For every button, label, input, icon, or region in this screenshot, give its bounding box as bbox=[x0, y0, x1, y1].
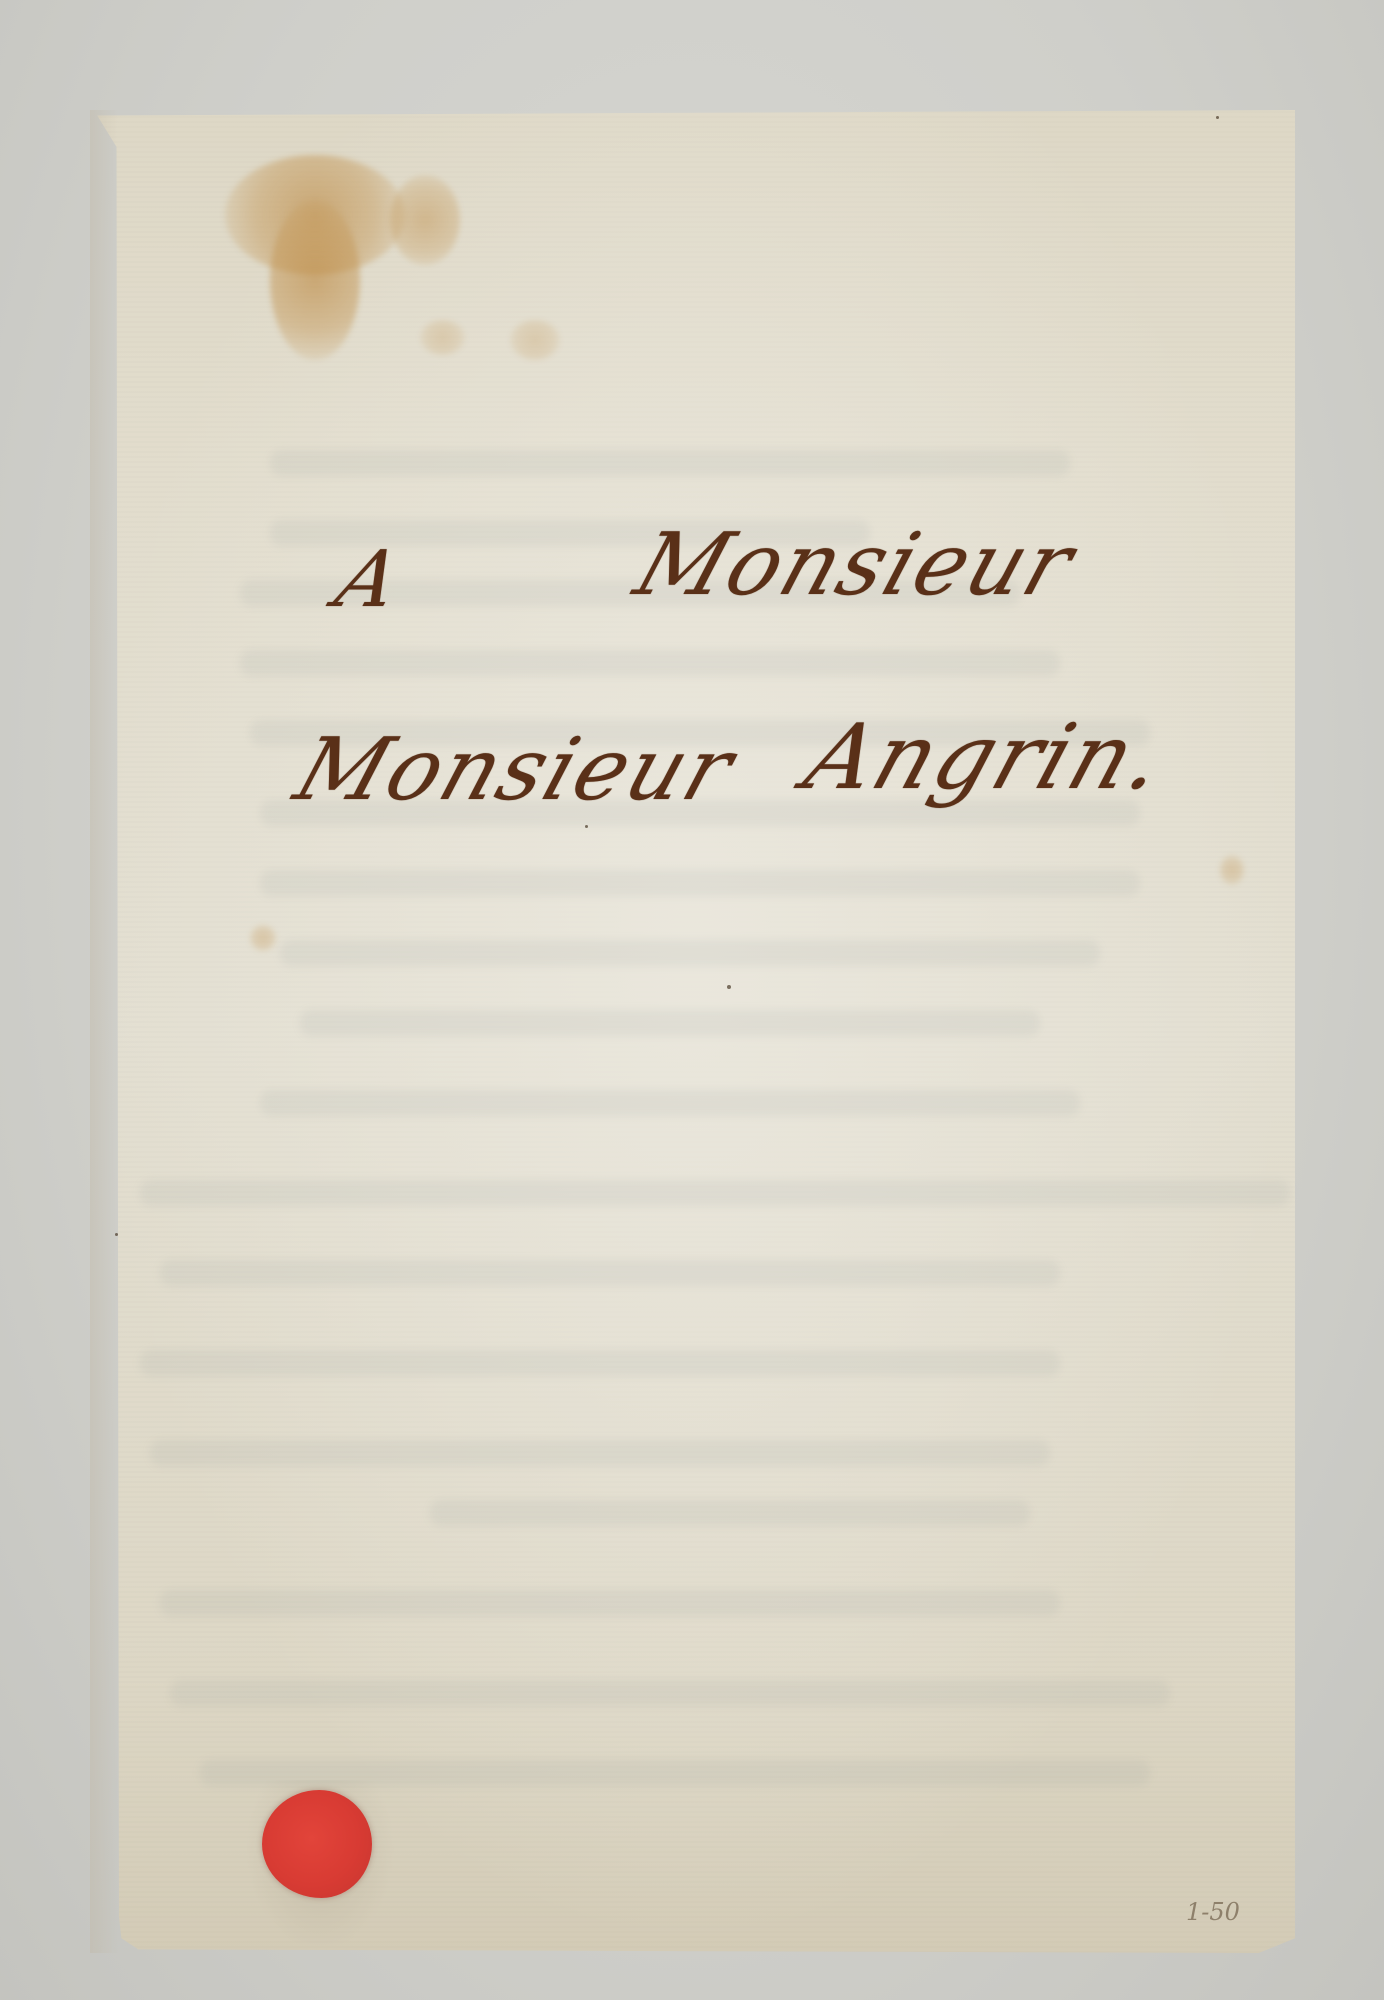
address-name-angrin: Angrin. bbox=[793, 705, 1180, 810]
water-stain bbox=[270, 200, 360, 360]
water-stain bbox=[390, 175, 460, 265]
ink-speck bbox=[727, 985, 731, 989]
ink-speck bbox=[1216, 116, 1219, 119]
red-wax-seal bbox=[262, 1790, 372, 1898]
foxing-spot bbox=[250, 925, 276, 951]
address-title-monsieur: Monsieur bbox=[284, 720, 747, 820]
address-word-monsieur: Monsieur bbox=[624, 515, 1087, 615]
water-stain bbox=[420, 320, 465, 355]
pencil-catalog-note: 1-50 bbox=[1186, 1898, 1240, 1926]
ink-speck bbox=[585, 825, 588, 828]
ink-speck bbox=[115, 1233, 118, 1236]
foxing-spot bbox=[1220, 855, 1244, 885]
paper-fold-edge bbox=[90, 110, 118, 1953]
water-stain bbox=[510, 320, 560, 360]
